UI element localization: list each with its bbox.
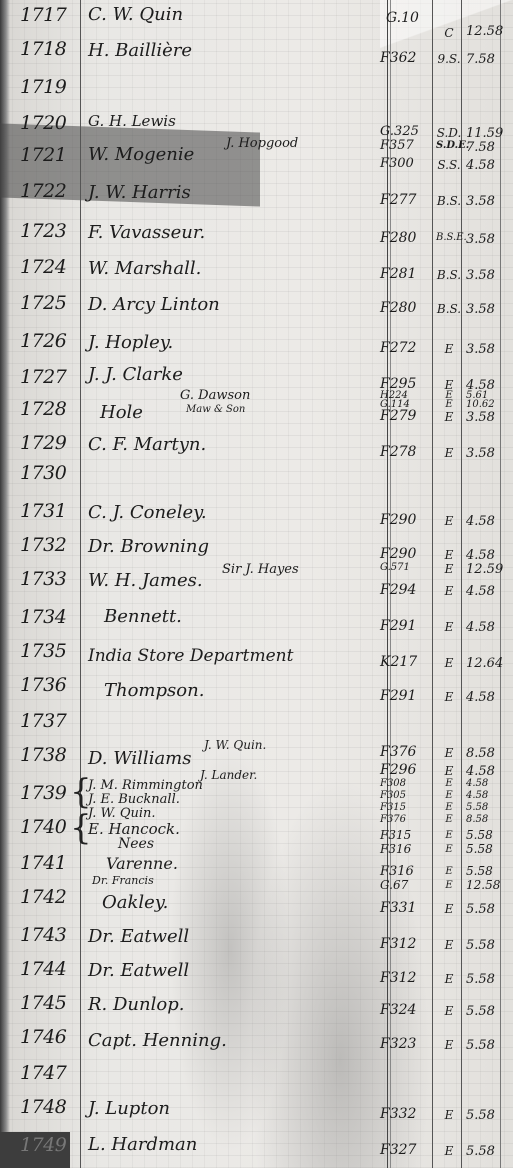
entry-name: India Store Department [88,646,293,666]
entry-code: E [436,548,462,562]
entry-number: 1722 [20,180,78,202]
entry-code: E [436,620,462,634]
entry-code: B.S. [436,302,462,316]
entry-number: 1746 [20,1026,78,1048]
entry-note: J. W. Quin. [204,738,266,752]
entry-ref: F296 [380,762,434,778]
entry-ref: G.67 [380,878,434,892]
entry-code: E [436,446,462,460]
entry-ref: F312 [380,936,434,952]
entry-number: 1728 [20,398,78,420]
entry-number: 1725 [20,292,78,314]
entry-name: W. Marshall. [88,258,201,279]
entry-code: S.D. [436,126,462,140]
entry-code: E [436,410,462,424]
entry-name: Thompson. [104,680,204,701]
entry-ref: F291 [380,618,434,634]
entry-number: 1741 [20,852,78,874]
entry-code: B.S.E. [436,232,462,243]
entry-name: W. Mogenie [88,144,194,165]
entry-name: J. M. Rimmington [88,778,203,793]
entry-code: E [436,778,462,789]
entry-code: E [436,902,462,916]
entry-code: E [436,880,462,891]
entry-note: Dr. Francis [92,874,154,887]
entry-code: E [436,790,462,801]
entry-ref: F277 [380,192,434,208]
entry-number: 1719 [20,76,78,98]
entry-date: 4.58 [466,690,506,705]
entry-ref: F280 [380,300,434,316]
entry-code: B.S. [436,194,462,208]
entry-date: 5.58 [466,802,506,813]
entry-ref: F324 [380,1002,434,1018]
entry-note: Maw & Son [186,404,245,415]
entry-code: E [436,342,462,356]
entry-number: 1720 [20,112,78,134]
entry-date: 3.58 [466,268,506,283]
entry-name: Nees [118,836,154,852]
entry-date: 5.58 [466,828,506,842]
entry-ref: G.10 [386,10,440,26]
entry-date: 4.58 [466,790,506,801]
entry-name: Capt. Henning. [88,1030,227,1051]
entry-code: E [436,972,462,986]
entry-number: 1737 [20,710,78,732]
entry-name: Dr. Eatwell [88,926,189,947]
entry-number: 1735 [20,640,78,662]
entry-date: 11.59 [466,126,506,141]
entry-code: E [436,866,462,877]
entry-ref: F291 [380,688,434,704]
entry-name: J. W. Harris [88,182,191,203]
entry-number: 1727 [20,366,78,388]
entry-name: C. J. Coneley. [88,502,207,523]
entry-note: J. Hopgood [226,136,298,151]
entry-number: 1730 [20,462,78,484]
entry-name: J. W. Quin. [88,806,156,821]
entry-name: R. Dunlop. [88,994,184,1015]
entry-ref: F376 [380,814,434,825]
entry-date: 5.58 [466,902,506,917]
entry-date: 5.58 [466,1144,506,1159]
entry-code: B.S. [436,268,462,282]
entry-date: 4.58 [466,778,506,789]
entry-name: Oakley. [102,892,168,913]
entry-ref: F315 [380,828,434,842]
entry-code: E [436,764,462,778]
entry-date: 8.58 [466,814,506,825]
entry-ref: F272 [380,340,434,356]
entry-date: 5.58 [466,842,506,856]
entry-note: J. Lander. [200,768,257,782]
entry-name: J. J. Clarke [88,364,183,385]
entry-date: 12.59 [466,562,506,577]
entry-ref: F316 [380,842,434,856]
entry-code: C [436,26,462,40]
entry-name: Bennett. [104,606,182,627]
entry-ref: F294 [380,582,434,598]
entry-ref: F323 [380,1036,434,1052]
entry-code: E [436,514,462,528]
entry-ref: G.325 [380,124,434,139]
entry-date: 7.58 [466,140,506,155]
entry-ref: F278 [380,444,434,460]
entry-number: 1736 [20,674,78,696]
entry-date: 4.58 [466,514,506,529]
entry-date: 3.58 [466,342,506,357]
entry-date: 3.58 [466,194,506,209]
entry-ref: F290 [380,512,434,528]
entry-code: E [436,656,462,670]
entry-number: 1723 [20,220,78,242]
entry-number: 1718 [20,38,78,60]
entry-date: 4.58 [466,584,506,599]
entry-name: D. Williams [88,748,191,769]
entry-code: E [436,690,462,704]
entry-code: E [436,746,462,760]
entry-ref: F308 [380,778,434,789]
entry-ref: F376 [380,744,434,760]
entry-name: Dr. Eatwell [88,960,189,981]
entry-ref: G.571 [380,562,434,573]
entry-note: Sir J. Hayes [222,562,299,577]
entry-ref: F357 [380,138,434,153]
entry-date: 10.62 [466,399,506,410]
entry-number: 1743 [20,924,78,946]
entry-date: 5.58 [466,1038,506,1053]
entry-date: 4.58 [466,548,506,563]
entry-ref: F362 [380,50,434,66]
entry-code: S.S. [436,158,462,172]
entry-date: 8.58 [466,746,506,761]
entry-number: 1749 [20,1134,78,1156]
entry-number: 1747 [20,1062,78,1084]
entry-number: 1717 [20,4,78,26]
entry-ref: F300 [380,156,434,171]
entry-date: 3.58 [466,232,506,247]
ledger-page: 1717 C. W. Quin G.10 C 12.58 1718 H. Bai… [0,0,513,1168]
entry-ref: K217 [380,654,434,670]
entry-ref: F281 [380,266,434,282]
entry-name: Hole [100,402,143,423]
entry-name: Dr. Browning [88,536,209,557]
entry-date: 5.58 [466,972,506,987]
entry-name: W. H. James. [88,570,203,591]
entry-ref: F332 [380,1106,434,1122]
entry-name: J. E. Bucknall. [88,792,180,807]
entry-name: C. W. Quin [88,4,183,25]
entry-date: 5.58 [466,1004,506,1019]
entry-code: S.D.E. [436,140,462,151]
entry-date: 12.58 [466,878,506,892]
entry-date: 4.58 [466,620,506,635]
entry-date: 7.58 [466,52,506,67]
entry-name: J. Lupton [88,1098,170,1119]
entry-code: E [436,844,462,855]
entry-date: 5.58 [466,864,506,878]
entry-date: 5.58 [466,1108,506,1123]
entry-code: E [436,584,462,598]
entry-name: Varenne. [106,854,178,873]
entry-ref: F290 [380,546,434,562]
entry-ref: F279 [380,408,434,424]
entry-date: 3.58 [466,302,506,317]
entry-code: E [436,814,462,825]
entry-note: G. Dawson [180,388,250,403]
entry-number: 1738 [20,744,78,766]
entry-ref: F331 [380,900,434,916]
entry-date: 12.58 [466,24,506,39]
entry-number: 1742 [20,886,78,908]
entry-name: F. Vavasseur. [88,222,205,243]
entry-date: 12.64 [466,656,506,671]
entry-date: 3.58 [466,446,506,461]
entry-number: 1726 [20,330,78,352]
entry-number: 1733 [20,568,78,590]
entry-number: 1734 [20,606,78,628]
entry-ref: F327 [380,1142,434,1158]
entry-name: C. F. Martyn. [88,434,206,455]
entry-name: G. H. Lewis [88,112,176,130]
entry-code: E [436,1108,462,1122]
entry-code: E [436,802,462,813]
entry-name: J. Hopley. [88,332,173,353]
margin-rule [80,0,81,1168]
entry-ref: F280 [380,230,434,246]
entry-ref: F305 [380,790,434,801]
entry-number: 1732 [20,534,78,556]
entry-code: E [436,938,462,952]
entry-ref: F316 [380,864,434,879]
entry-code: E [436,562,462,576]
entry-code: E [436,399,462,410]
entry-code: E [436,1038,462,1052]
entry-name: L. Hardman [88,1134,197,1155]
entry-code: E [436,1144,462,1158]
entry-number: 1731 [20,500,78,522]
entry-date: 5.58 [466,938,506,953]
entry-name: H. Baillière [88,40,192,61]
entry-date: 3.58 [466,410,506,425]
entry-code: E [436,1004,462,1018]
entry-number: 1721 [20,144,78,166]
entry-code: 9.S. [436,52,462,66]
entry-date: 4.58 [466,158,506,173]
entry-number: 1729 [20,432,78,454]
entry-name: D. Arcy Linton [88,294,220,315]
entry-date: 4.58 [466,764,506,779]
entry-ref: F312 [380,970,434,986]
entry-ref: F315 [380,802,434,813]
entry-number: 1744 [20,958,78,980]
entry-number: 1745 [20,992,78,1014]
entry-code: E [436,830,462,841]
entry-number: 1724 [20,256,78,278]
entry-number: 1748 [20,1096,78,1118]
